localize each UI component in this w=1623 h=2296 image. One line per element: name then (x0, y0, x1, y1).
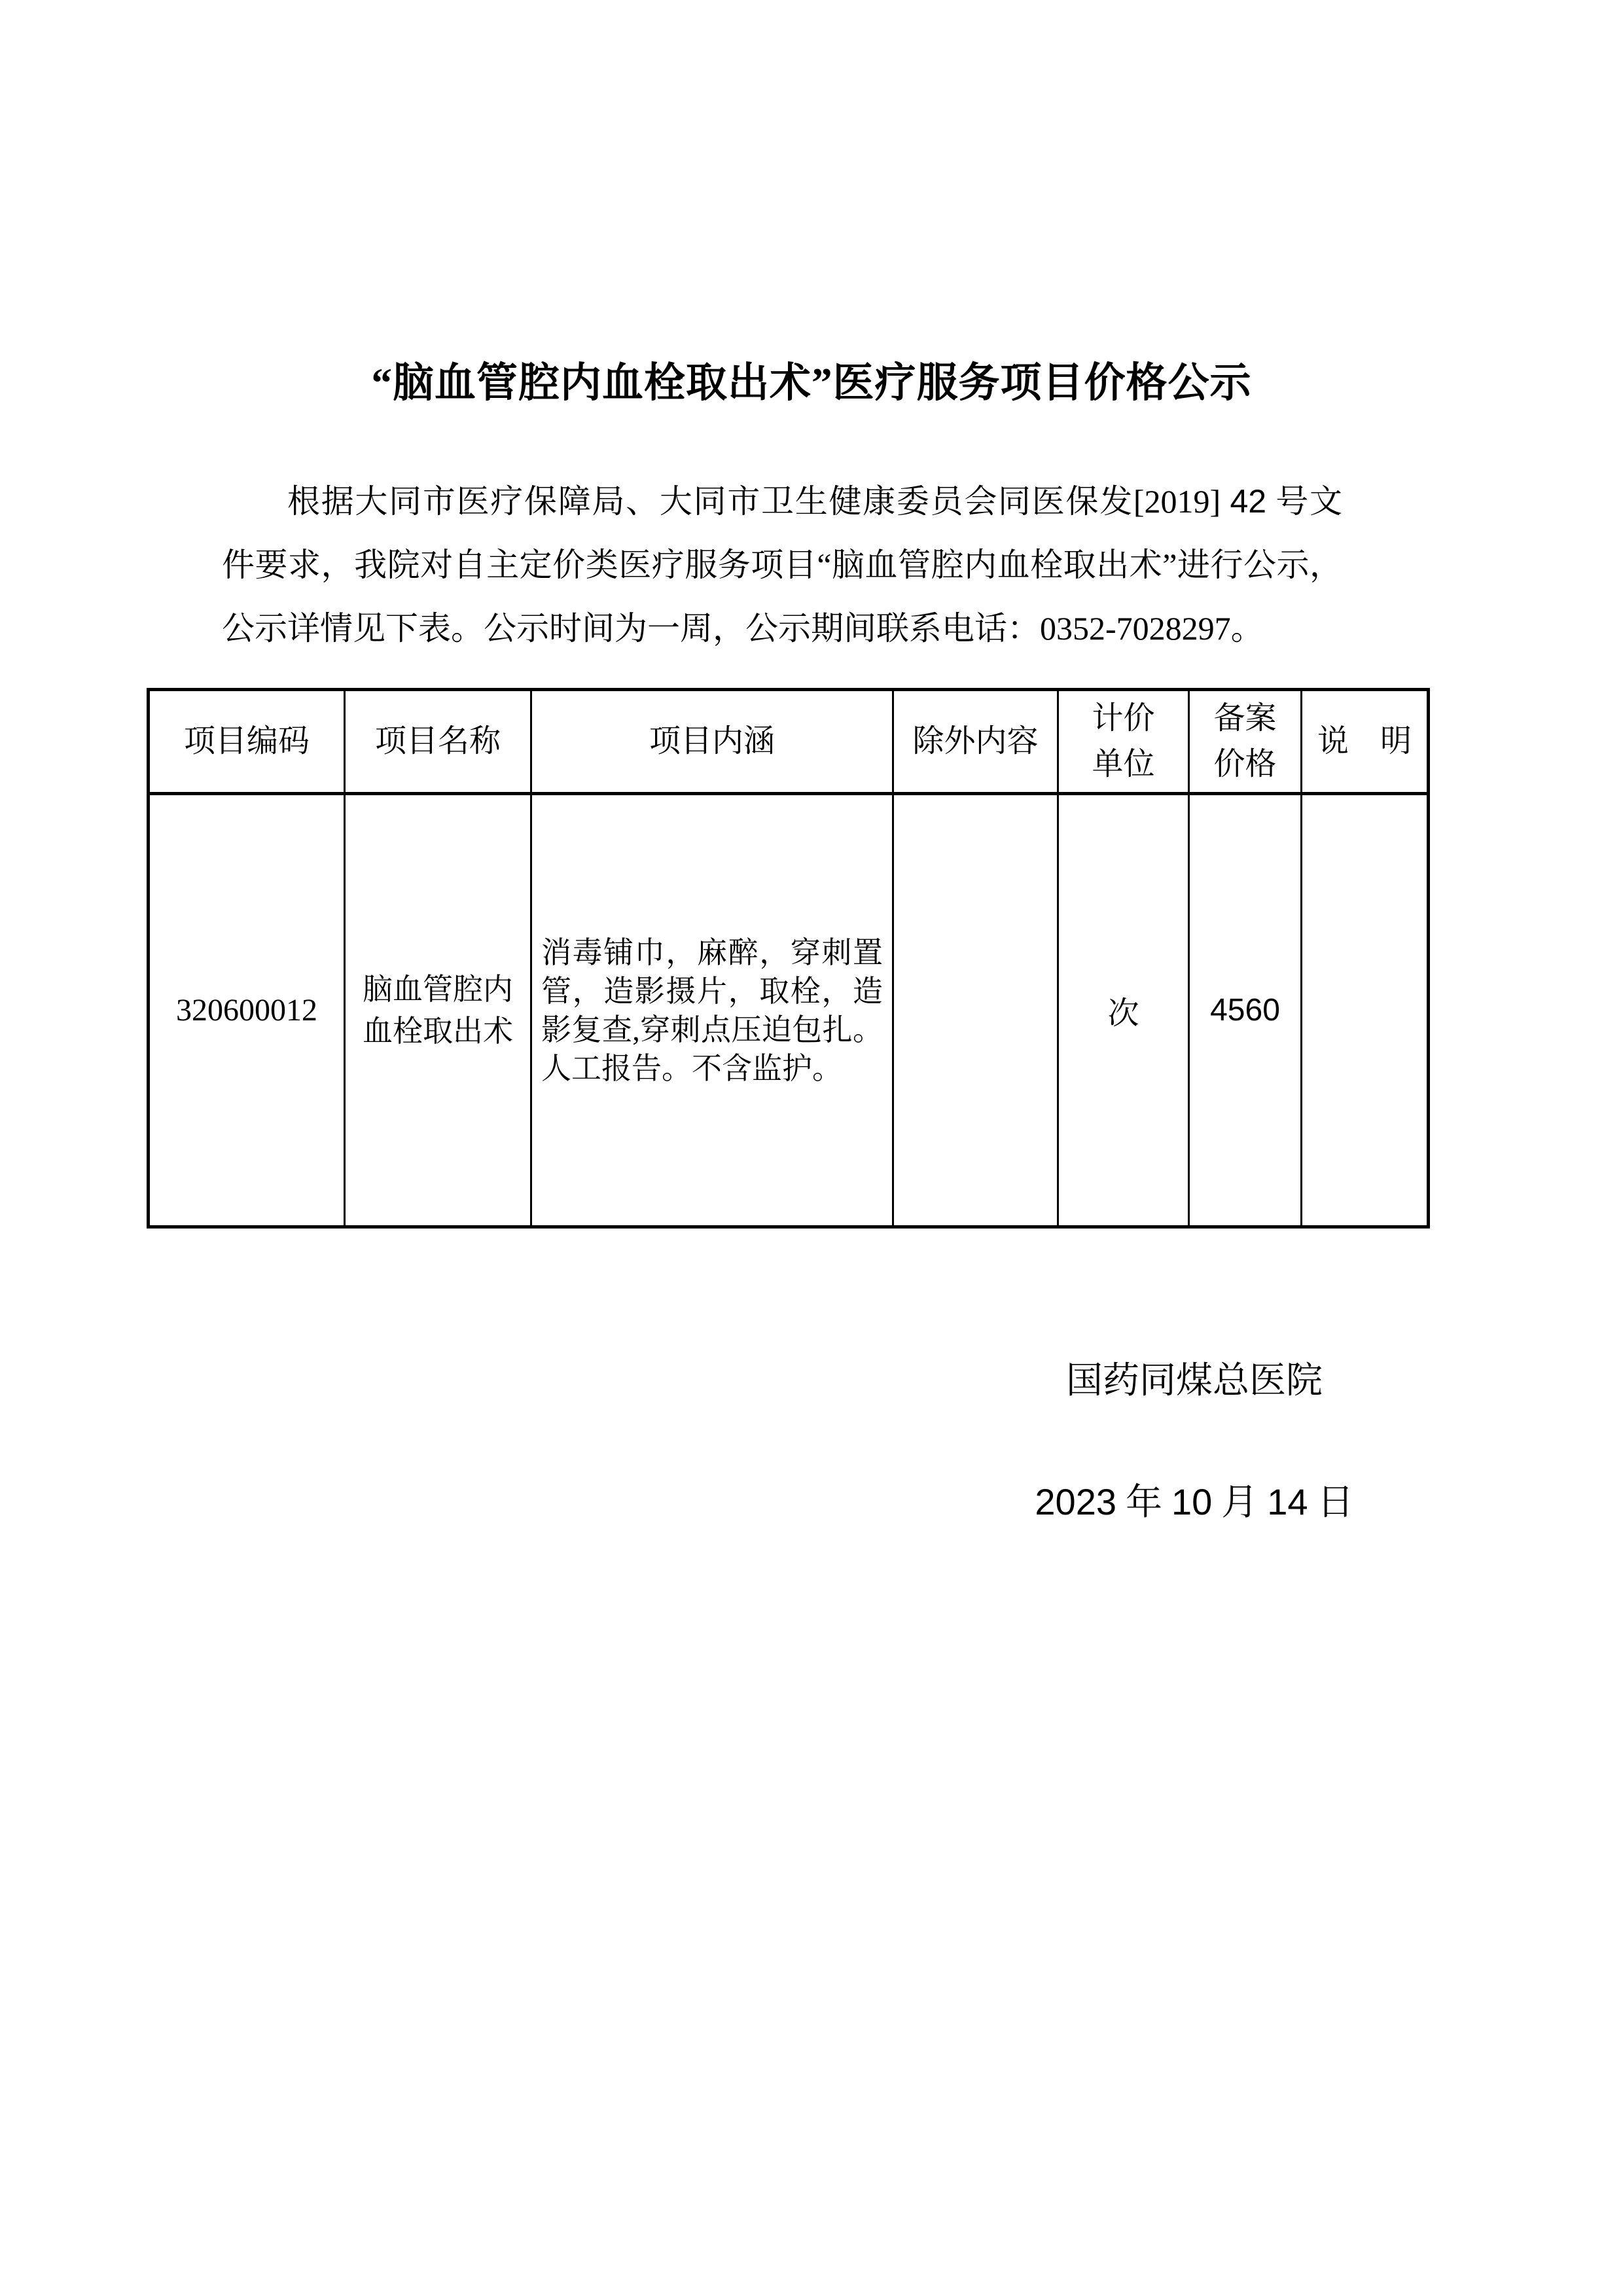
intro-paragraph: 根据大同市医疗保障局、大同市卫生健康委员会同医保发[2019] 42 号文件要求… (222, 470, 1342, 660)
date-year: 2023 (1035, 1481, 1116, 1522)
page-title: “脑血管腔内血栓取出术”医疗服务项目价格公示 (0, 353, 1623, 412)
col-header-exclusions: 除外内容 (893, 690, 1058, 794)
col-header-project-name: 项目名称 (345, 690, 531, 794)
document-page: “脑血管腔内血栓取出术”医疗服务项目价格公示 根据大同市医疗保障局、大同市卫生健… (0, 0, 1623, 2296)
cell-project-content: 消毒铺巾，麻醉，穿刺置管，造影摄片，取栓，造影复查,穿刺点压迫包扎。人工报告。不… (531, 794, 893, 1227)
col-header-project-content: 项目内涵 (531, 690, 893, 794)
col-header-project-code: 项目编码 (149, 690, 345, 794)
cell-exclusions (893, 794, 1058, 1227)
cell-notes (1302, 794, 1429, 1227)
cell-pricing-unit: 次 (1058, 794, 1189, 1227)
header-row: 项目编码 项目名称 项目内涵 除外内容 计价 单位 备案 价格 说 明 (149, 690, 1429, 794)
date-year-label: 年 (1116, 1482, 1171, 1523)
date-day-label: 日 (1308, 1482, 1354, 1523)
price-table: 项目编码 项目名称 项目内涵 除外内容 计价 单位 备案 价格 说 明 3206… (147, 688, 1430, 1229)
document-number: 42 (1230, 483, 1266, 520)
col-header-notes: 说 明 (1302, 690, 1429, 794)
cell-filed-price: 4560 (1189, 794, 1302, 1227)
table-row: 320600012 脑血管腔内血栓取出术 消毒铺巾，麻醉，穿刺置管，造影摄片，取… (149, 794, 1429, 1227)
date-day: 14 (1267, 1481, 1308, 1522)
signature-date: 2023 年 10 月 14 日 (785, 1476, 1603, 1529)
date-month-label: 月 (1212, 1482, 1267, 1523)
signature-block: 国药同煤总医院 2023 年 10 月 14 日 (785, 1355, 1603, 1529)
price-table-header: 项目编码 项目名称 项目内涵 除外内容 计价 单位 备案 价格 说 明 (149, 690, 1429, 794)
col-header-pricing-unit: 计价 单位 (1058, 690, 1189, 794)
cell-project-code: 320600012 (149, 794, 345, 1227)
intro-text-before-number: 根据大同市医疗保障局、大同市卫生健康委员会同医保发[2019] (287, 483, 1230, 520)
hospital-name: 国药同煤总医院 (785, 1355, 1603, 1407)
col-header-filed-price: 备案 价格 (1189, 690, 1302, 794)
cell-project-name: 脑血管腔内血栓取出术 (345, 794, 531, 1227)
price-table-body: 320600012 脑血管腔内血栓取出术 消毒铺巾，麻醉，穿刺置管，造影摄片，取… (149, 794, 1429, 1227)
date-month: 10 (1171, 1481, 1212, 1522)
